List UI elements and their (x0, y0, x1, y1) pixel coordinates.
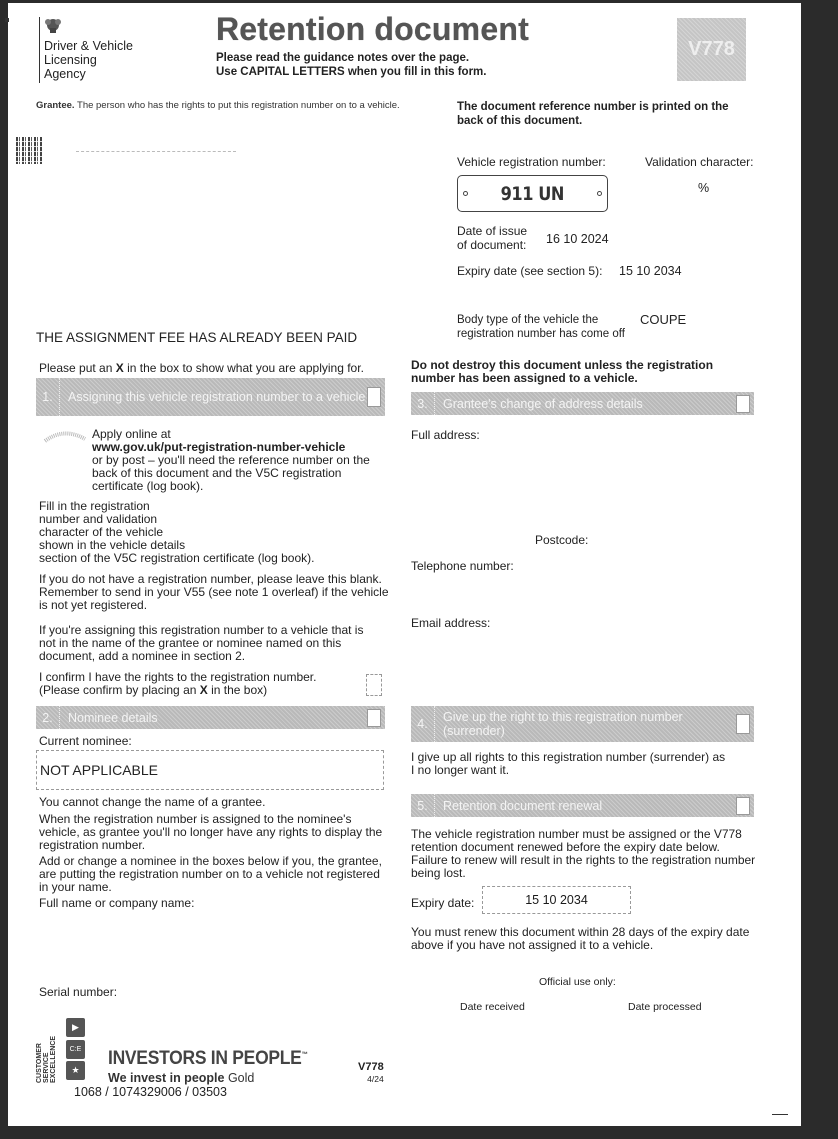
cse-text: CUSTOMER SERVICE EXCELLENCE (36, 1023, 57, 1083)
surrender-text: I give up all rights to this registratio… (411, 751, 731, 777)
telephone-label: Telephone number: (411, 559, 514, 573)
body-type-label: Body type of the vehicle theregistration… (457, 313, 625, 341)
current-nominee-field: NOT APPLICABLE (36, 750, 384, 790)
section-3-title: Grantee's change of address details (435, 397, 736, 411)
issue-date-label: Date of issueof document: (457, 224, 527, 252)
full-name-label: Full name or company name: (39, 897, 194, 910)
do-not-destroy-note: Do not destroy this document unless the … (411, 359, 751, 385)
validation-character: % (698, 181, 709, 195)
subtitle: Please read the guidance notes over the … (216, 51, 486, 79)
current-nominee-label: Current nominee: (39, 734, 132, 748)
cannot-change-note: You cannot change the name of a grantee. (39, 796, 265, 809)
body-type: COUPE (640, 312, 686, 327)
section-1-header: 1. Assigning this vehicle registration n… (36, 378, 385, 416)
instruction: Please put an X in the box to show what … (39, 361, 364, 375)
full-address-label: Full address: (411, 428, 480, 442)
section-1-title: Assigning this vehicle registration numb… (60, 390, 367, 404)
renewal-expiry-label: Expiry date: (411, 896, 474, 910)
official-use-title: Official use only: (539, 976, 616, 988)
form-badge: V778 (677, 18, 746, 81)
fee-paid-note: THE ASSIGNMENT FEE HAS ALREADY BEEN PAID (36, 330, 357, 345)
renewal-expiry-date: 15 10 2034 (482, 886, 631, 914)
validation-char-label: Validation character: (645, 155, 754, 169)
section-4-checkbox[interactable] (736, 714, 750, 734)
section-1-checkbox[interactable] (367, 387, 381, 407)
agency-name: Driver & Vehicle Licensing Agency (44, 39, 133, 81)
section-4-title: Give up the right to this registration n… (435, 710, 736, 738)
online-arc-icon (42, 425, 88, 445)
confirm-rights-text: I confirm I have the rights to the regis… (39, 671, 369, 697)
no-registration-note: If you do not have a registration number… (39, 573, 389, 612)
section-3-checkbox[interactable] (736, 395, 750, 413)
registration-plate: 911 UN (457, 175, 608, 212)
section-5-checkbox[interactable] (736, 797, 750, 815)
renew-within-note: You must renew this document within 28 d… (411, 926, 761, 952)
expiry-date: 15 10 2034 (619, 264, 682, 278)
full-address-field[interactable] (411, 443, 751, 528)
grantee-definition: Grantee. The person who has the rights t… (36, 100, 400, 111)
section-4-header: 4. Give up the right to this registratio… (411, 706, 754, 742)
date-received-label: Date received (460, 1001, 525, 1013)
plate-bolt-icon (597, 191, 602, 196)
issue-date: 16 10 2024 (546, 232, 609, 246)
confirm-rights-checkbox[interactable] (366, 674, 382, 696)
date-processed-label: Date processed (628, 1001, 702, 1013)
fill-in-instructions: Fill in the registration number and vali… (39, 500, 379, 565)
renewal-text: The vehicle registration number must be … (411, 828, 756, 880)
section-3-header: 3. Grantee's change of address details (411, 392, 754, 415)
serial-reference: 1068 / 1074329006 / 03503 (74, 1085, 227, 1099)
add-change-nominee-note: Add or change a nominee in the boxes bel… (39, 855, 389, 894)
section-5-title: Retention document renewal (435, 799, 736, 813)
retention-document-page: Driver & Vehicle Licensing Agency Retent… (8, 3, 801, 1126)
section-2-title: Nominee details (60, 711, 367, 725)
section-5-header: 5. Retention document renewal (411, 794, 754, 817)
reg-number-label: Vehicle registration number: (457, 155, 606, 169)
address-placeholder-line (76, 151, 236, 152)
full-name-field[interactable] (39, 913, 384, 973)
qr-code (16, 137, 43, 164)
section-2-header: 2. Nominee details (36, 706, 385, 729)
postcode-label: Postcode: (535, 533, 588, 547)
expiry-date-label: Expiry date (see section 5): (457, 264, 602, 278)
apply-online-text: Apply online at www.gov.uk/put-registrat… (92, 428, 382, 493)
serial-number-label: Serial number: (39, 985, 117, 999)
investors-in-people-logo: INVESTORS IN PEOPLE™ (108, 1048, 308, 1070)
section-2-checkbox[interactable] (367, 709, 381, 727)
form-code: V778 4/24 (358, 1061, 384, 1085)
logo-divider (39, 17, 40, 83)
royal-crest-icon (44, 16, 62, 34)
email-label: Email address: (411, 616, 490, 630)
page-title: Retention document (216, 11, 529, 48)
play-icon: ▶ (66, 1018, 85, 1037)
plate-bolt-icon (463, 191, 468, 196)
star-icon: ★ (66, 1061, 85, 1080)
iip-level: We invest in people Gold (108, 1071, 254, 1085)
ce-icon: C:E (66, 1040, 85, 1059)
assigning-note: If you're assigning this registration nu… (39, 624, 374, 663)
reference-note: The document reference number is printed… (457, 100, 757, 128)
corner-mark (772, 1114, 788, 1115)
registration-number: 911 UN (501, 183, 564, 205)
registration-mark (5, 18, 9, 22)
nominee-assigned-note: When the registration number is assigned… (39, 813, 384, 852)
